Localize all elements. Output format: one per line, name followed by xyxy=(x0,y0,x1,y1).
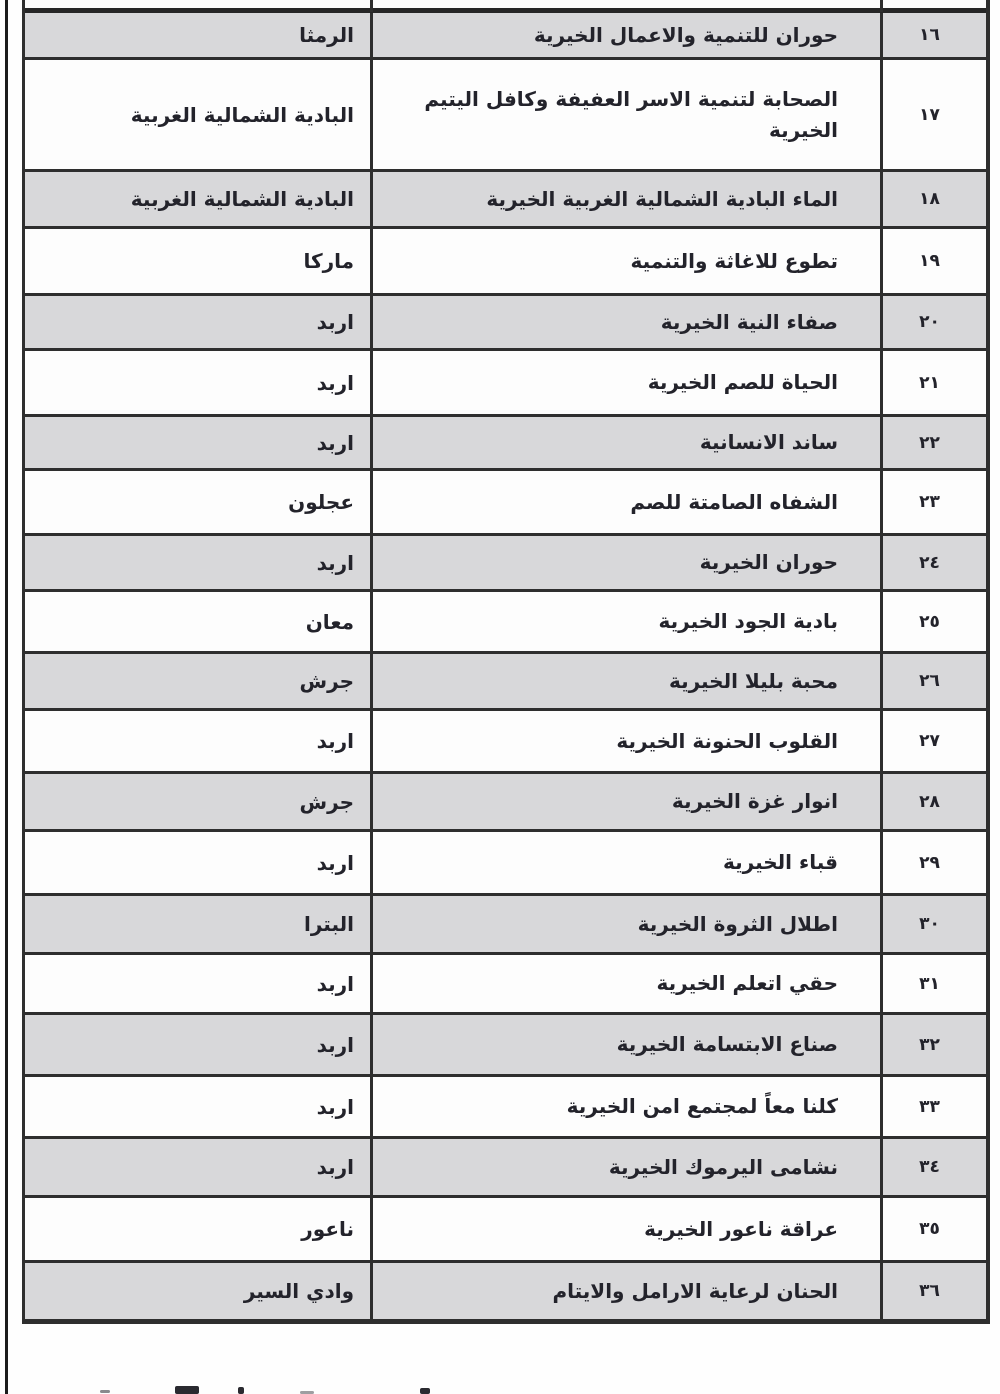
table-row: اربد صناع الابتسامة الخيرية ٣٢ xyxy=(25,1015,986,1077)
row-number-text: ٣٠ xyxy=(919,914,940,934)
org-name-text: انوار غزة الخيرية xyxy=(672,786,838,817)
row-number-text: ٣٤ xyxy=(919,1157,940,1177)
org-name-text: عراقة ناعور الخيرية xyxy=(644,1214,838,1245)
org-name-text: تطوع للاغاثة والتنمية xyxy=(631,246,838,277)
row-number-text: ٣٦ xyxy=(919,1281,940,1301)
cell-row-number: ٢٥ xyxy=(883,592,986,651)
cell-row-number: ٢٨ xyxy=(883,774,986,829)
cell-org-name: حوران الخيرية xyxy=(370,536,883,589)
org-name-text: حوران للتنمية والاعمال الخيرية xyxy=(534,20,838,51)
table-row: وادي السير الحنان لرعاية الارامل والايتا… xyxy=(25,1263,986,1322)
row-number-text: ٢٠ xyxy=(919,312,940,332)
table-row: عجلون الشفاه الصامتة للصم ٢٣ xyxy=(25,471,986,536)
org-name-text: صناع الابتسامة الخيرية xyxy=(617,1029,838,1060)
org-name-text: حوران الخيرية xyxy=(700,547,838,578)
cell-row-number: ٣١ xyxy=(883,955,986,1012)
org-name-text: القلوب الحنونة الخيرية xyxy=(616,726,838,757)
location-text: اربد xyxy=(317,1155,354,1179)
row-number-text: ٣٣ xyxy=(919,1097,940,1117)
location-text: اربد xyxy=(317,371,354,395)
cell-location: البترا xyxy=(25,896,370,952)
cell-row-number: ١٧ xyxy=(883,60,986,169)
cell-location: ماركا xyxy=(25,229,370,293)
cell-row-number: ٢٧ xyxy=(883,711,986,771)
cell-location: جرش xyxy=(25,654,370,708)
cell-org-name: الصحابة لتنمية الاسر العفيفة وكافل اليتي… xyxy=(370,60,883,169)
row-number-text: ٢٥ xyxy=(919,612,940,632)
org-name-text: كلنا معاً لمجتمع امن الخيرية xyxy=(567,1091,838,1122)
location-text: اربد xyxy=(317,851,354,875)
ink-smudge xyxy=(238,1387,244,1394)
table-row: اربد نشامى اليرموك الخيرية ٣٤ xyxy=(25,1139,986,1198)
location-text: جرش xyxy=(300,669,354,693)
cell-org-name: محبة بليلا الخيرية xyxy=(370,654,883,708)
org-name-text: بادية الجود الخيرية xyxy=(659,606,838,637)
org-name-text: صفاء النية الخيرية xyxy=(661,307,838,338)
location-text: ماركا xyxy=(303,249,354,273)
cell-location: البادية الشمالية الغربية xyxy=(25,172,370,226)
location-text: البترا xyxy=(304,912,354,936)
cell-org-name: تطوع للاغاثة والتنمية xyxy=(370,229,883,293)
row-number-text: ٣٥ xyxy=(919,1219,940,1239)
cell-location: عجلون xyxy=(25,471,370,533)
row-number-text: ١٩ xyxy=(919,251,940,271)
table-row: اربد القلوب الحنونة الخيرية ٢٧ xyxy=(25,711,986,774)
cell-org-name: قباء الخيرية xyxy=(370,832,883,893)
table-row: اربد كلنا معاً لمجتمع امن الخيرية ٣٣ xyxy=(25,1077,986,1139)
cell-row-number: ٣٣ xyxy=(883,1077,986,1136)
location-text: اربد xyxy=(317,431,354,455)
location-text: البادية الشمالية الغربية xyxy=(131,103,354,127)
cell-location: اربد xyxy=(25,711,370,771)
org-name-text: اطلال الثروة الخيرية xyxy=(638,909,838,940)
org-name-text: نشامى اليرموك الخيرية xyxy=(609,1152,838,1183)
cell-row-number: ٣٤ xyxy=(883,1139,986,1195)
page-edge-scan-line xyxy=(5,0,8,1394)
table-row: اربد قباء الخيرية ٢٩ xyxy=(25,832,986,896)
table-row: اربد حقي اتعلم الخيرية ٣١ xyxy=(25,955,986,1015)
table-row: جرش محبة بليلا الخيرية ٢٦ xyxy=(25,654,986,711)
cell-org-name: انوار غزة الخيرية xyxy=(370,774,883,829)
row-number-text: ٢٢ xyxy=(919,433,940,453)
cell-location: اربد xyxy=(25,296,370,348)
table-row: اربد صفاء النية الخيرية ٢٠ xyxy=(25,296,986,351)
cell-location: اربد xyxy=(25,351,370,414)
location-text: ناعور xyxy=(301,1217,354,1241)
row-number-text: ١٨ xyxy=(919,189,940,209)
location-text: معان xyxy=(306,610,354,634)
cell-org-name: كلنا معاً لمجتمع امن الخيرية xyxy=(370,1077,883,1136)
cell-row-number: ٢٤ xyxy=(883,536,986,589)
cell-org-name: القلوب الحنونة الخيرية xyxy=(370,711,883,771)
location-text: اربد xyxy=(317,972,354,996)
row-number-text: ٢٧ xyxy=(919,731,940,751)
cell-location: اربد xyxy=(25,417,370,468)
row-number-text: ١٧ xyxy=(919,105,940,125)
table-row: اربد ساند الانسانية ٢٢ xyxy=(25,417,986,471)
org-name-text: الصحابة لتنمية الاسر العفيفة وكافل اليتي… xyxy=(387,84,838,146)
org-name-text: ساند الانسانية xyxy=(700,427,838,458)
cell-org-name: الشفاه الصامتة للصم xyxy=(370,471,883,533)
cell-org-name: الحياة للصم الخيرية xyxy=(370,351,883,414)
cell-row-number: ٢٩ xyxy=(883,832,986,893)
cell-row-number: ٣٢ xyxy=(883,1015,986,1074)
cell-org-name: اطلال الثروة الخيرية xyxy=(370,896,883,952)
org-name-text: محبة بليلا الخيرية xyxy=(669,666,838,697)
cell-location: اربد xyxy=(25,536,370,589)
table-row: اربد حوران الخيرية ٢٤ xyxy=(25,536,986,592)
cell-row-number: ١٩ xyxy=(883,229,986,293)
table-row: ناعور عراقة ناعور الخيرية ٣٥ xyxy=(25,1198,986,1263)
cell-row-number: ١٦ xyxy=(883,13,986,57)
location-text: البادية الشمالية الغربية xyxy=(131,187,354,211)
table-row: ماركا تطوع للاغاثة والتنمية ١٩ xyxy=(25,229,986,296)
table-row: البترا اطلال الثروة الخيرية ٣٠ xyxy=(25,896,986,955)
cell-row-number: ٢٣ xyxy=(883,471,986,533)
location-text: اربد xyxy=(317,1095,354,1119)
location-text: اربد xyxy=(317,729,354,753)
row-number-text: ٢٦ xyxy=(919,671,940,691)
location-text: اربد xyxy=(317,1033,354,1057)
cell-org-name: الماء البادية الشمالية الغربية الخيرية xyxy=(370,172,883,226)
row-number-text: ٢١ xyxy=(919,373,940,393)
org-name-text: الشفاه الصامتة للصم xyxy=(630,487,838,518)
cell-org-name: ساند الانسانية xyxy=(370,417,883,468)
cell-location: ناعور xyxy=(25,1198,370,1260)
table-row: البادية الشمالية الغربية الصحابة لتنمية … xyxy=(25,60,986,172)
cell-org-name: بادية الجود الخيرية xyxy=(370,592,883,651)
row-number-text: ٢٣ xyxy=(919,492,940,512)
cell-location: اربد xyxy=(25,832,370,893)
cell-org-name: حوران للتنمية والاعمال الخيرية xyxy=(370,13,883,57)
table-row-partial-top xyxy=(25,0,986,13)
table-row: جرش انوار غزة الخيرية ٢٨ xyxy=(25,774,986,832)
cell-org-name: الحنان لرعاية الارامل والايتام xyxy=(370,1263,883,1319)
table-row: اربد الحياة للصم الخيرية ٢١ xyxy=(25,351,986,417)
cell-location: جرش xyxy=(25,774,370,829)
cell-location: اربد xyxy=(25,1015,370,1074)
location-text: الرمثا xyxy=(299,23,354,47)
location-text: جرش xyxy=(300,790,354,814)
cell-org-name: عراقة ناعور الخيرية xyxy=(370,1198,883,1260)
cell-location xyxy=(25,0,370,8)
cell-location: معان xyxy=(25,592,370,651)
ink-smudge xyxy=(420,1388,430,1394)
table-row: الرمثا حوران للتنمية والاعمال الخيرية ١٦ xyxy=(25,13,986,60)
row-number-text: ٢٤ xyxy=(919,553,940,573)
table-row: البادية الشمالية الغربية الماء البادية ا… xyxy=(25,172,986,229)
cell-org-name xyxy=(370,0,883,12)
cell-location: البادية الشمالية الغربية xyxy=(25,60,370,169)
cell-location: وادي السير xyxy=(25,1263,370,1319)
cell-row-number: ٢٦ xyxy=(883,654,986,708)
org-name-text: الماء البادية الشمالية الغربية الخيرية xyxy=(486,184,838,215)
cell-row-number: ٢٢ xyxy=(883,417,986,468)
location-text: عجلون xyxy=(288,490,354,514)
cell-row-number: ٣٦ xyxy=(883,1263,986,1319)
cell-row-number: ٣٥ xyxy=(883,1198,986,1260)
table-rows: الرمثا حوران للتنمية والاعمال الخيرية ١٦… xyxy=(25,13,986,1322)
ink-smudge xyxy=(175,1386,199,1394)
cell-row-number: ٣٠ xyxy=(883,896,986,952)
cell-org-name: حقي اتعلم الخيرية xyxy=(370,955,883,1012)
scanned-document-page: الرمثا حوران للتنمية والاعمال الخيرية ١٦… xyxy=(0,0,1000,1394)
org-name-text: قباء الخيرية xyxy=(723,847,838,878)
cell-location: اربد xyxy=(25,1139,370,1195)
cell-org-name: نشامى اليرموك الخيرية xyxy=(370,1139,883,1195)
charities-table: الرمثا حوران للتنمية والاعمال الخيرية ١٦… xyxy=(22,0,990,1324)
cell-org-name: صفاء النية الخيرية xyxy=(370,296,883,348)
location-text: اربد xyxy=(317,551,354,575)
cell-org-name: صناع الابتسامة الخيرية xyxy=(370,1015,883,1074)
row-number-text: ٢٨ xyxy=(919,792,940,812)
location-text: اربد xyxy=(317,310,354,334)
row-number-text: ٣٢ xyxy=(919,1035,940,1055)
cell-row-number: ٢١ xyxy=(883,351,986,414)
org-name-text: حقي اتعلم الخيرية xyxy=(657,968,839,999)
org-name-text: الحياة للصم الخيرية xyxy=(648,367,838,398)
location-text: وادي السير xyxy=(244,1279,354,1303)
cell-location: اربد xyxy=(25,1077,370,1136)
ink-smudge xyxy=(100,1390,110,1393)
row-number-text: ١٦ xyxy=(919,25,940,45)
cell-location: الرمثا xyxy=(25,13,370,57)
row-number-text: ٢٩ xyxy=(919,853,940,873)
cell-row-number: ٢٠ xyxy=(883,296,986,348)
row-number-text: ٣١ xyxy=(919,974,940,994)
cell-location: اربد xyxy=(25,955,370,1012)
cell-row-number xyxy=(883,0,986,8)
cell-row-number: ١٨ xyxy=(883,172,986,226)
table-row: معان بادية الجود الخيرية ٢٥ xyxy=(25,592,986,654)
org-name-text: الحنان لرعاية الارامل والايتام xyxy=(552,1276,838,1307)
